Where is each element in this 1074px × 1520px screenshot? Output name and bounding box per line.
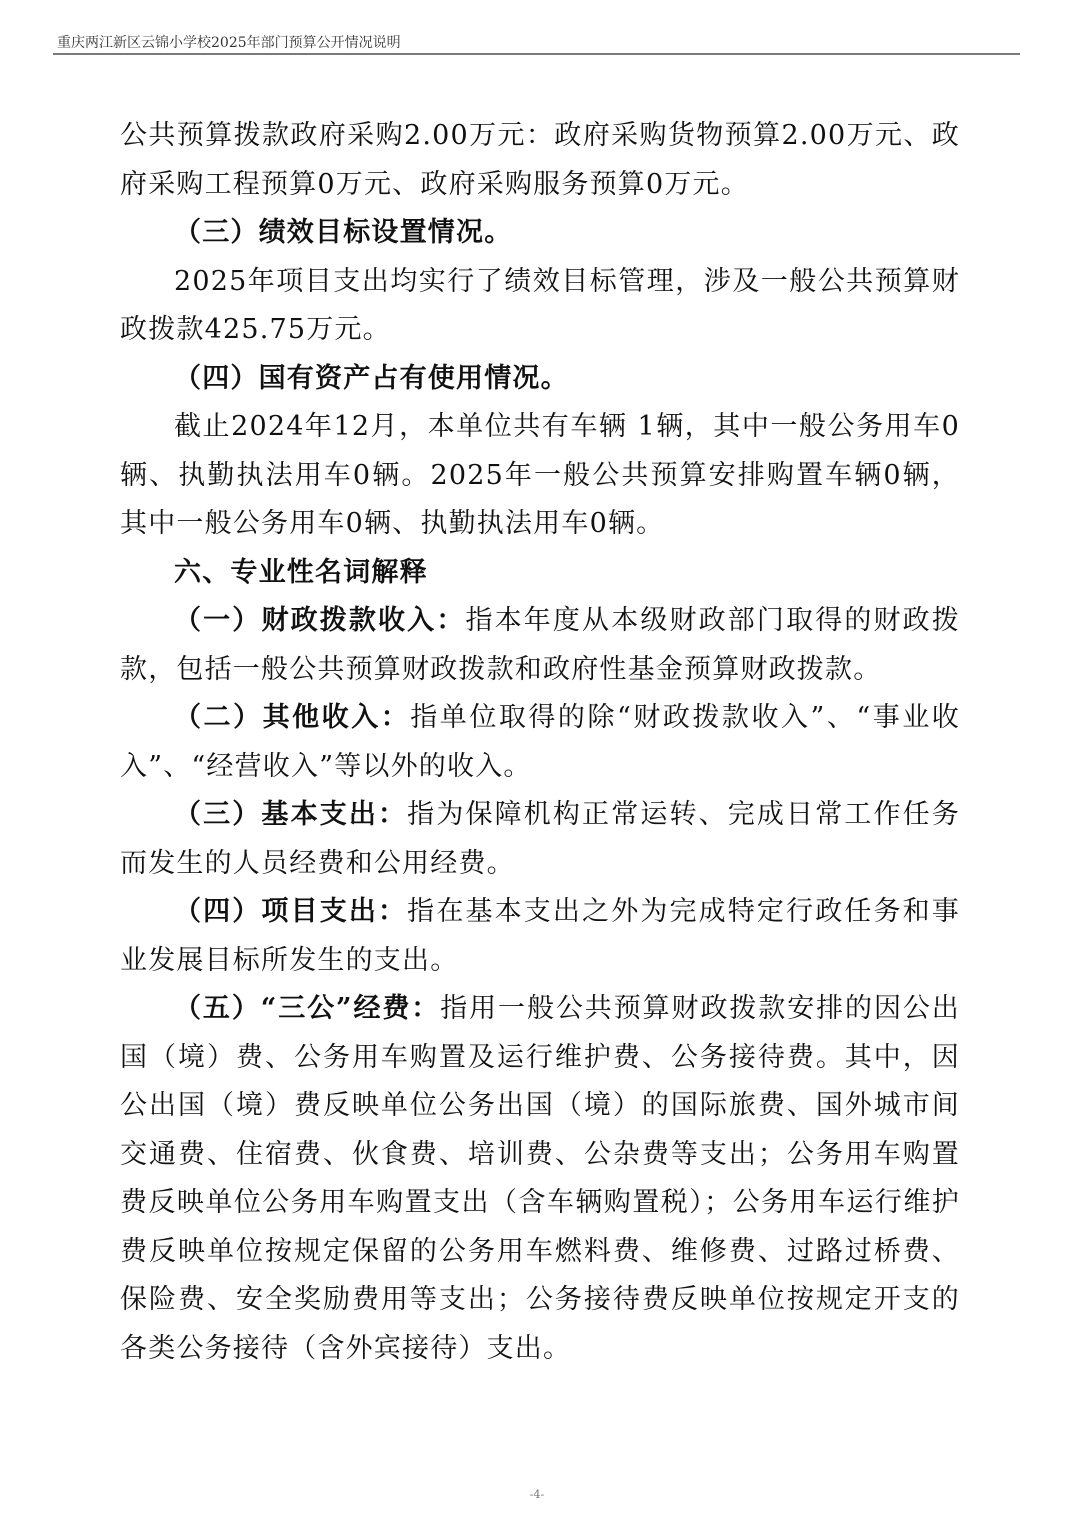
term-label: （二）其他收入： <box>174 702 410 733</box>
paragraph-performance-targets: 2025年项目支出均实行了绩效目标管理，涉及一般公共预算财政拨款425.75万元… <box>120 258 960 355</box>
term-label: （一）财政拨款收入： <box>174 605 465 636</box>
running-header-title: 重庆两江新区云锦小学校2025年部门预算公开情况说明 <box>57 32 401 52</box>
term-fiscal-appropriation-income: （一）财政拨款收入：指本年度从本级财政部门取得的财政拨款，包括一般公共预算财政拨… <box>120 597 960 694</box>
term-basic-expenditure: （三）基本支出：指为保障机构正常运转、完成日常工作任务而发生的人员经费和公用经费… <box>120 791 960 888</box>
term-label: （三）基本支出： <box>174 799 407 830</box>
term-three-public-expenses: （五）“三公”经费：指用一般公共预算财政拨款安排的因公出国（境）费、公务用车购置… <box>120 985 960 1373</box>
document-body: 公共预算拨款政府采购2.00万元：政府采购货物预算2.00万元、政府采购工程预算… <box>120 112 960 1373</box>
paragraph-procurement: 公共预算拨款政府采购2.00万元：政府采购货物预算2.00万元、政府采购工程预算… <box>120 112 960 209</box>
term-project-expenditure: （四）项目支出：指在基本支出之外为完成特定行政任务和事业发展目标所发生的支出。 <box>120 888 960 985</box>
term-label: （四）项目支出： <box>174 896 407 927</box>
subheading-state-assets: （四）国有资产占有使用情况。 <box>120 355 960 404</box>
paragraph-state-assets: 截止2024年12月，本单位共有车辆 1辆，其中一般公务用车0辆、执勤执法用车0… <box>120 403 960 549</box>
header-divider <box>53 53 1020 55</box>
term-definition: 指用一般公共预算财政拨款安排的因公出国（境）费、公务用车购置及运行维护费、公务接… <box>120 993 960 1364</box>
term-other-income: （二）其他收入：指单位取得的除“财政拨款收入”、“事业收入”、“经营收入”等以外… <box>120 694 960 791</box>
subheading-performance-targets: （三）绩效目标设置情况。 <box>120 209 960 258</box>
page-number: -4- <box>0 1488 1074 1501</box>
term-label: （五）“三公”经费： <box>174 993 440 1024</box>
section-heading-terminology: 六、专业性名词解释 <box>120 549 960 598</box>
